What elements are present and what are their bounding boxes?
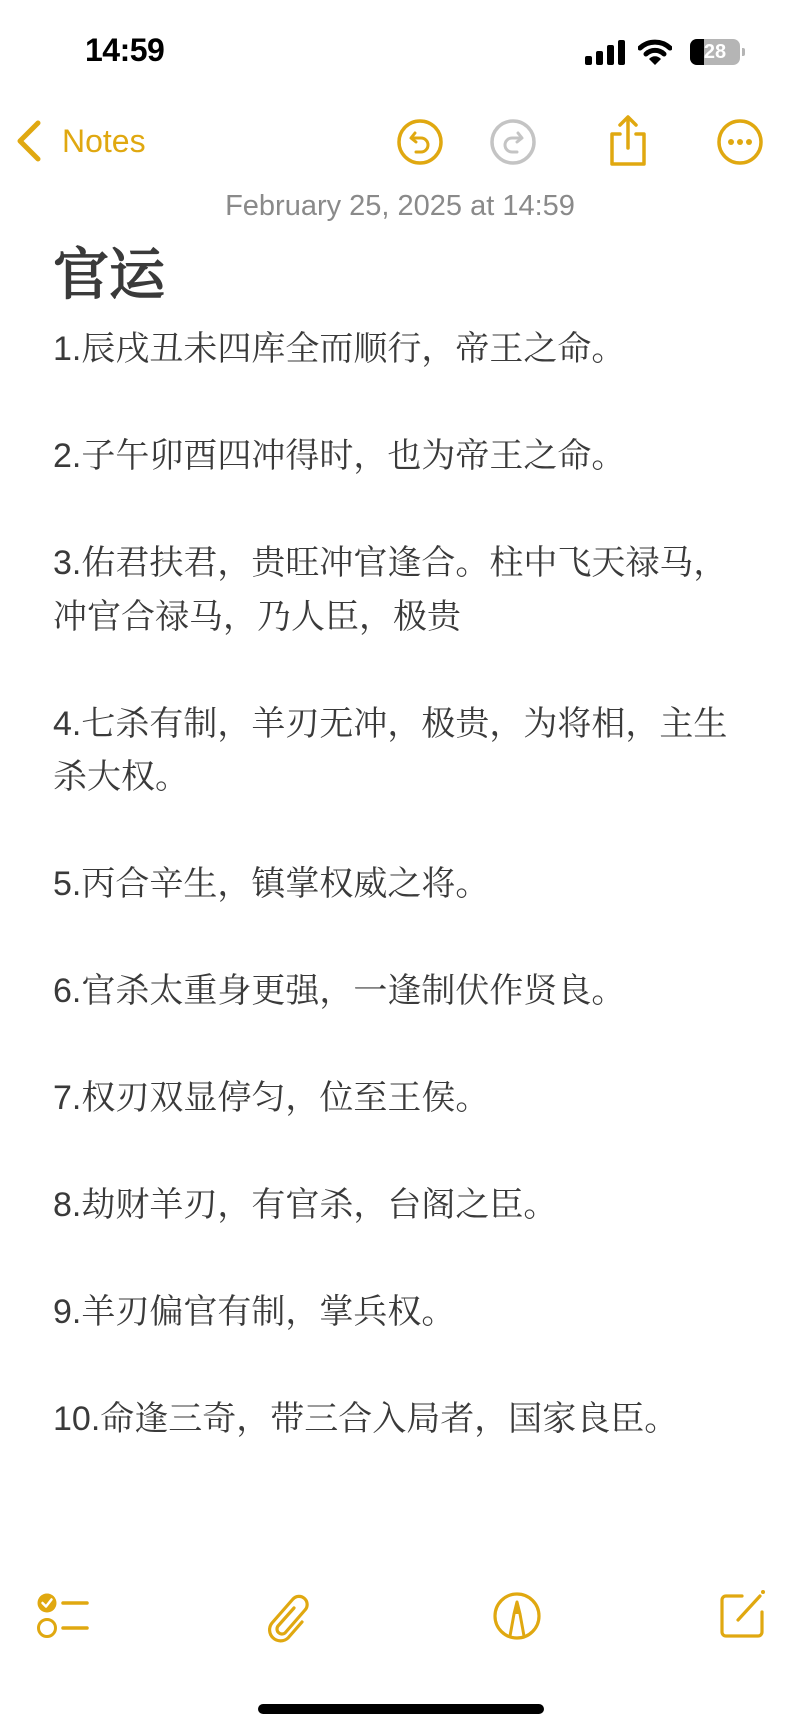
markup-button[interactable] bbox=[491, 1590, 543, 1642]
note-line: 9.羊刃偏官有制，掌兵权。 bbox=[53, 1286, 773, 1340]
note-line: 1.辰戌丑未四库全而顺行，帝王之命。 bbox=[53, 323, 773, 377]
battery-level: 28 bbox=[690, 39, 740, 65]
note-line: 6.官杀太重身更强，一逢制伏作贤良。 bbox=[53, 965, 773, 1019]
more-icon bbox=[716, 118, 764, 166]
cellular-signal-icon bbox=[585, 40, 625, 65]
note-body[interactable]: 1.辰戌丑未四库全而顺行，帝王之命。 2.子午卯酉四冲得时，也为帝王之命。 3.… bbox=[53, 323, 773, 1447]
attachment-button[interactable] bbox=[264, 1592, 316, 1644]
markup-icon bbox=[491, 1590, 543, 1642]
note-line: 2.子午卯酉四冲得时，也为帝王之命。 bbox=[53, 430, 773, 484]
chevron-left-icon bbox=[14, 119, 44, 163]
note-line: 5.丙合辛生，镇掌权威之将。 bbox=[53, 858, 773, 912]
note-line: 7.权刃双显停匀，位至王侯。 bbox=[53, 1072, 773, 1126]
note-line: 3.佑君扶君，贵旺冲官逢合。柱中飞天禄马， bbox=[53, 537, 773, 591]
back-label: Notes bbox=[62, 123, 146, 160]
more-button[interactable] bbox=[716, 118, 764, 166]
note-line: 冲官合禄马，乃人臣，极贵 bbox=[53, 591, 773, 645]
home-indicator[interactable] bbox=[258, 1704, 544, 1714]
note-date: February 25, 2025 at 14:59 bbox=[0, 190, 800, 223]
wifi-icon bbox=[638, 38, 672, 66]
battery-icon: 28 bbox=[690, 39, 746, 65]
share-button[interactable] bbox=[604, 114, 652, 168]
compose-icon bbox=[716, 1588, 768, 1640]
redo-icon bbox=[489, 118, 537, 166]
compose-button[interactable] bbox=[716, 1588, 768, 1640]
share-icon bbox=[604, 114, 652, 168]
redo-button[interactable] bbox=[489, 118, 537, 166]
status-time: 14:59 bbox=[85, 32, 164, 69]
undo-icon bbox=[396, 118, 444, 166]
undo-button[interactable] bbox=[396, 118, 444, 166]
note-line: 10.命逢三奇，带三合入局者，国家良臣。 bbox=[53, 1393, 773, 1447]
note-line: 8.劫财羊刃，有官杀，台阁之臣。 bbox=[53, 1179, 773, 1233]
note-line: 4.七杀有制，羊刃无冲，极贵，为将相，主生 bbox=[53, 698, 773, 752]
note-line: 杀大权。 bbox=[53, 751, 773, 805]
attachment-icon bbox=[264, 1592, 316, 1644]
checklist-button[interactable] bbox=[34, 1590, 86, 1642]
checklist-icon bbox=[34, 1590, 90, 1642]
back-button[interactable]: Notes bbox=[14, 118, 146, 164]
note-title[interactable]: 官运 bbox=[53, 240, 165, 310]
